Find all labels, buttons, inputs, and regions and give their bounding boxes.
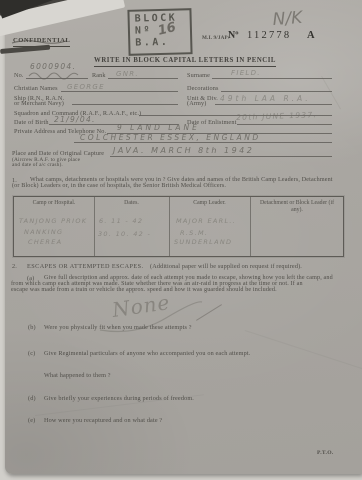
- serial-suffix: A: [307, 30, 315, 41]
- q2-heading-note: (Additional paper will be supplied on re…: [150, 263, 302, 270]
- camp-row1-leader: MAJOR EARL..: [176, 217, 236, 225]
- camp-row1-dates: 6. 11 - 42: [99, 217, 143, 225]
- mi9-ref-code: M.I. 9/JAP/: [202, 36, 229, 42]
- pto-footer: P.T.O.: [317, 450, 334, 456]
- serial-number: 112778: [247, 30, 291, 41]
- block-number-stamp: BLOCK Nº B.A. 16: [127, 8, 192, 56]
- q2d-text: Give briefly your experiences during per…: [44, 395, 194, 402]
- camp-row2-dates: 30. 10. 42 -: [98, 230, 151, 238]
- unit-label-line2: (Army): [187, 100, 206, 107]
- surname-field-label: Surname: [187, 72, 210, 79]
- christian-names-handwritten: GEORGE: [67, 83, 105, 91]
- camps-table: Camp or Hospital. Dates. Camp Leader. De…: [13, 196, 344, 257]
- table-header-dates: Dates.: [96, 200, 167, 207]
- decorations-line: [221, 91, 332, 92]
- scanned-document: CONFIDENTIAL BLOCK Nº B.A. 16 M.I. 9/JAP…: [0, 0, 362, 480]
- surname-field-line: [212, 78, 332, 79]
- q2c-text: Give Regimental particulars of anyone wh…: [44, 350, 250, 357]
- table-header-detachment: Detachment or Block Leader (if any).: [258, 200, 336, 214]
- rank-field-label: Rank: [92, 72, 106, 79]
- q2b-label: (b): [28, 324, 36, 331]
- table-header-leader: Camp Leader.: [171, 200, 248, 207]
- decorations-label: Decorations: [187, 85, 219, 92]
- table-header-camp: Camp or Hospital.: [16, 200, 92, 207]
- q2e-label: (e): [28, 417, 35, 424]
- camp-row2-leader: R.S.M.: [180, 229, 208, 237]
- q2-number: 2.: [12, 263, 17, 270]
- form-instruction-heading: WRITE IN BLOCK CAPITAL LETTERS IN PENCIL: [94, 57, 276, 67]
- table-column-divider: [250, 197, 251, 256]
- handwritten-note-topright: N/K: [272, 8, 303, 30]
- no-field-label: No.: [14, 72, 24, 79]
- table-column-divider: [94, 197, 95, 256]
- q1-text-line2: (or Block) Leaders or, in the case of ho…: [12, 183, 226, 190]
- address-line-2: [74, 142, 332, 143]
- table-column-divider: [169, 197, 170, 256]
- no-field-strikeout-scribble: [29, 70, 85, 79]
- dob-label: Date of Birth: [14, 119, 49, 126]
- rank-value-handwritten: GNR.: [116, 70, 139, 78]
- capture-note-2: and date of a/c crash).: [12, 162, 63, 168]
- capture-field-line: [110, 156, 332, 157]
- address-value-1-handwritten: 9 LAND LANE: [117, 123, 200, 132]
- confidential-strike-scribble: [11, 39, 67, 47]
- q2e-text: How were you recaptured and on what date…: [44, 417, 162, 424]
- q2c-label: (c): [28, 350, 35, 357]
- q2c-followup-text: What happened to them ?: [44, 372, 111, 379]
- camp-row3-name: CHEREA: [28, 238, 62, 246]
- camp-row2-name: NANKING: [24, 228, 63, 236]
- address-value-2-handwritten: COLCHESTER ESSEX, ENGLAND: [80, 133, 261, 142]
- unit-value-handwritten: 49th LAA R.A.: [220, 94, 311, 103]
- christian-names-line: [61, 91, 178, 92]
- ship-label-line2: or Merchant Navy): [14, 100, 64, 107]
- serial-no-label: Nº: [228, 30, 239, 41]
- camp-row3-leader: SUNDERLAND: [174, 238, 232, 246]
- ship-field-line: [72, 104, 178, 105]
- surname-value-handwritten: FIELD.: [231, 69, 261, 77]
- capture-value-handwritten: JAVA. MARCH 8th 1942: [113, 146, 254, 155]
- rank-field-line: [108, 78, 178, 79]
- q2-heading: ESCAPES OR ATTEMPTED ESCAPES.: [27, 263, 144, 270]
- dob-value-handwritten: 21/9/04.: [54, 115, 96, 124]
- enlistment-field-line: [237, 124, 332, 125]
- q2d-label: (d): [28, 395, 36, 402]
- christian-names-label: Christian Names: [14, 85, 58, 92]
- q2b-text: Were you physically fit when you made th…: [44, 324, 192, 331]
- camp-row1-name: TANJONG PRIOK: [19, 217, 87, 225]
- unit-field-line: [215, 104, 332, 105]
